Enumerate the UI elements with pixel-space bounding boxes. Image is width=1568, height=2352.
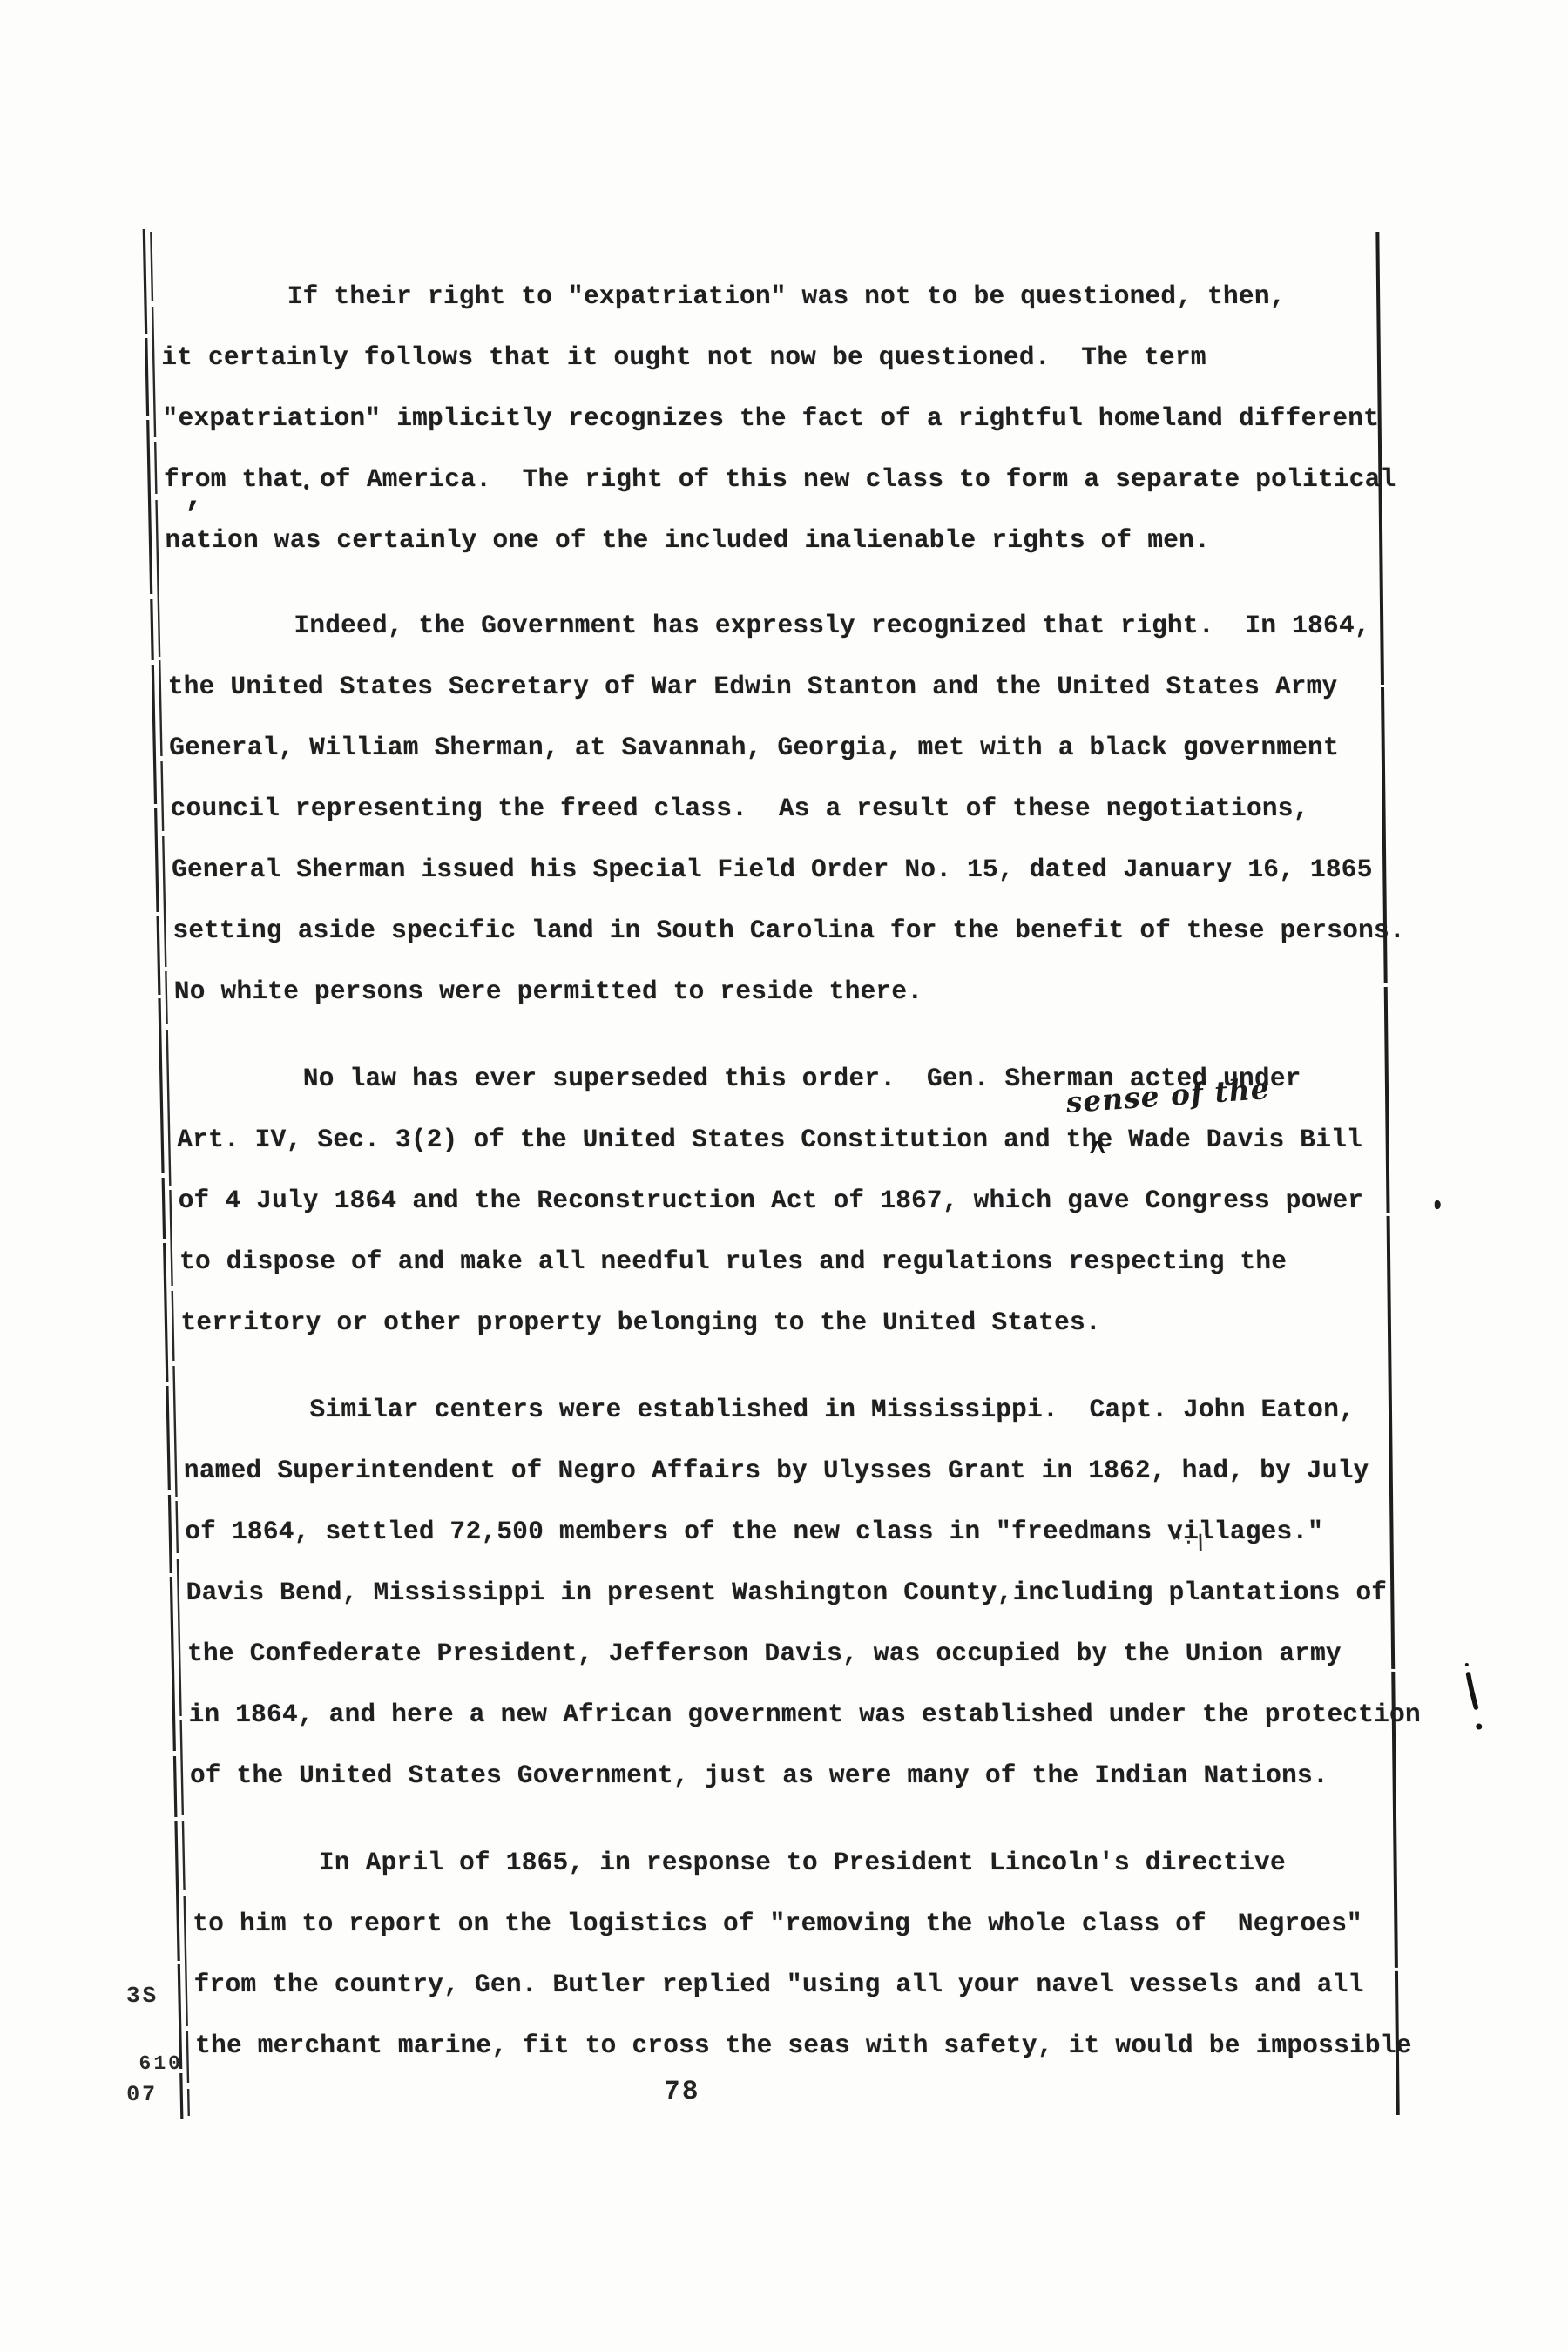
paragraph-4: Similar centers were established in Miss… bbox=[182, 1379, 1550, 1806]
text-line: In April of 1865, in response to Preside… bbox=[191, 1832, 1551, 1893]
text-line: of the United States Government, just as… bbox=[189, 1745, 1549, 1806]
margin-code-2: 610 bbox=[139, 2051, 183, 2077]
text-line: Similar centers were established in Miss… bbox=[182, 1379, 1542, 1440]
text-line: setting aside specific land in South Car… bbox=[172, 900, 1532, 961]
text-line: from that of America. The right of this … bbox=[163, 449, 1523, 510]
text-line: of 4 July 1864 and the Reconstruction Ac… bbox=[178, 1170, 1538, 1231]
text-line: "expatriation" implicitly recognizes the… bbox=[162, 388, 1522, 449]
text-line: General, William Sherman, at Savannah, G… bbox=[169, 717, 1529, 778]
text-line: the merchant marine, fit to cross the se… bbox=[194, 2015, 1554, 2076]
paragraph-5: In April of 1865, in response to Preside… bbox=[191, 1832, 1555, 2076]
text-line: it certainly follows that it ought not n… bbox=[161, 327, 1521, 388]
text-line: from the country, Gen. Butler replied "u… bbox=[193, 1954, 1553, 2015]
paragraph-2: Indeed, the Government has expressly rec… bbox=[166, 595, 1534, 1022]
text-line: the Confederate President, Jefferson Dav… bbox=[186, 1623, 1546, 1684]
text-line: the United States Secretary of War Edwin… bbox=[167, 656, 1527, 717]
text-line: General Sherman issued his Special Field… bbox=[171, 839, 1531, 900]
scanned-document-page: If their right to "expatriation" was not… bbox=[0, 0, 1568, 2352]
text-line: Indeed, the Government has expressly rec… bbox=[166, 595, 1526, 656]
page-number: 78 bbox=[664, 2075, 700, 2110]
text-line: council representing the freed class. As… bbox=[170, 778, 1530, 839]
paragraph-3: No law has ever superseded this order. G… bbox=[175, 1048, 1540, 1353]
text-line: named Superintendent of Negro Affairs by… bbox=[183, 1440, 1543, 1501]
text-line: to him to report on the logistics of "re… bbox=[193, 1893, 1552, 1954]
text-line: No white persons were permitted to resid… bbox=[173, 961, 1533, 1022]
ink-speck bbox=[304, 484, 308, 490]
text-line: to dispose of and make all needful rules… bbox=[179, 1231, 1538, 1292]
quote-artifact-mark: "·| bbox=[1171, 1533, 1206, 1553]
text-line: in 1864, and here a new African governme… bbox=[188, 1684, 1548, 1745]
inserted-comma-mark: , bbox=[184, 481, 205, 514]
scan-content-layer: If their right to "expatriation" was not… bbox=[0, 0, 1568, 2352]
margin-code-3: 07 bbox=[126, 2082, 159, 2108]
text-line: If their right to "expatriation" was not… bbox=[159, 266, 1519, 327]
margin-code-1: 3S bbox=[126, 1983, 159, 2009]
paragraph-1: If their right to "expatriation" was not… bbox=[159, 266, 1524, 571]
text-line: Davis Bend, Mississippi in present Washi… bbox=[186, 1562, 1545, 1623]
text-line: of 1864, settled 72,500 members of the n… bbox=[185, 1501, 1544, 1562]
text-line: nation was certainly one of the included… bbox=[165, 510, 1524, 571]
text-line: Art. IV, Sec. 3(2) of the United States … bbox=[177, 1109, 1537, 1170]
text-line: territory or other property belonging to… bbox=[180, 1292, 1540, 1353]
text-line: No law has ever superseded this order. G… bbox=[175, 1048, 1535, 1109]
insertion-caret-mark: ^ bbox=[1089, 1139, 1106, 1167]
